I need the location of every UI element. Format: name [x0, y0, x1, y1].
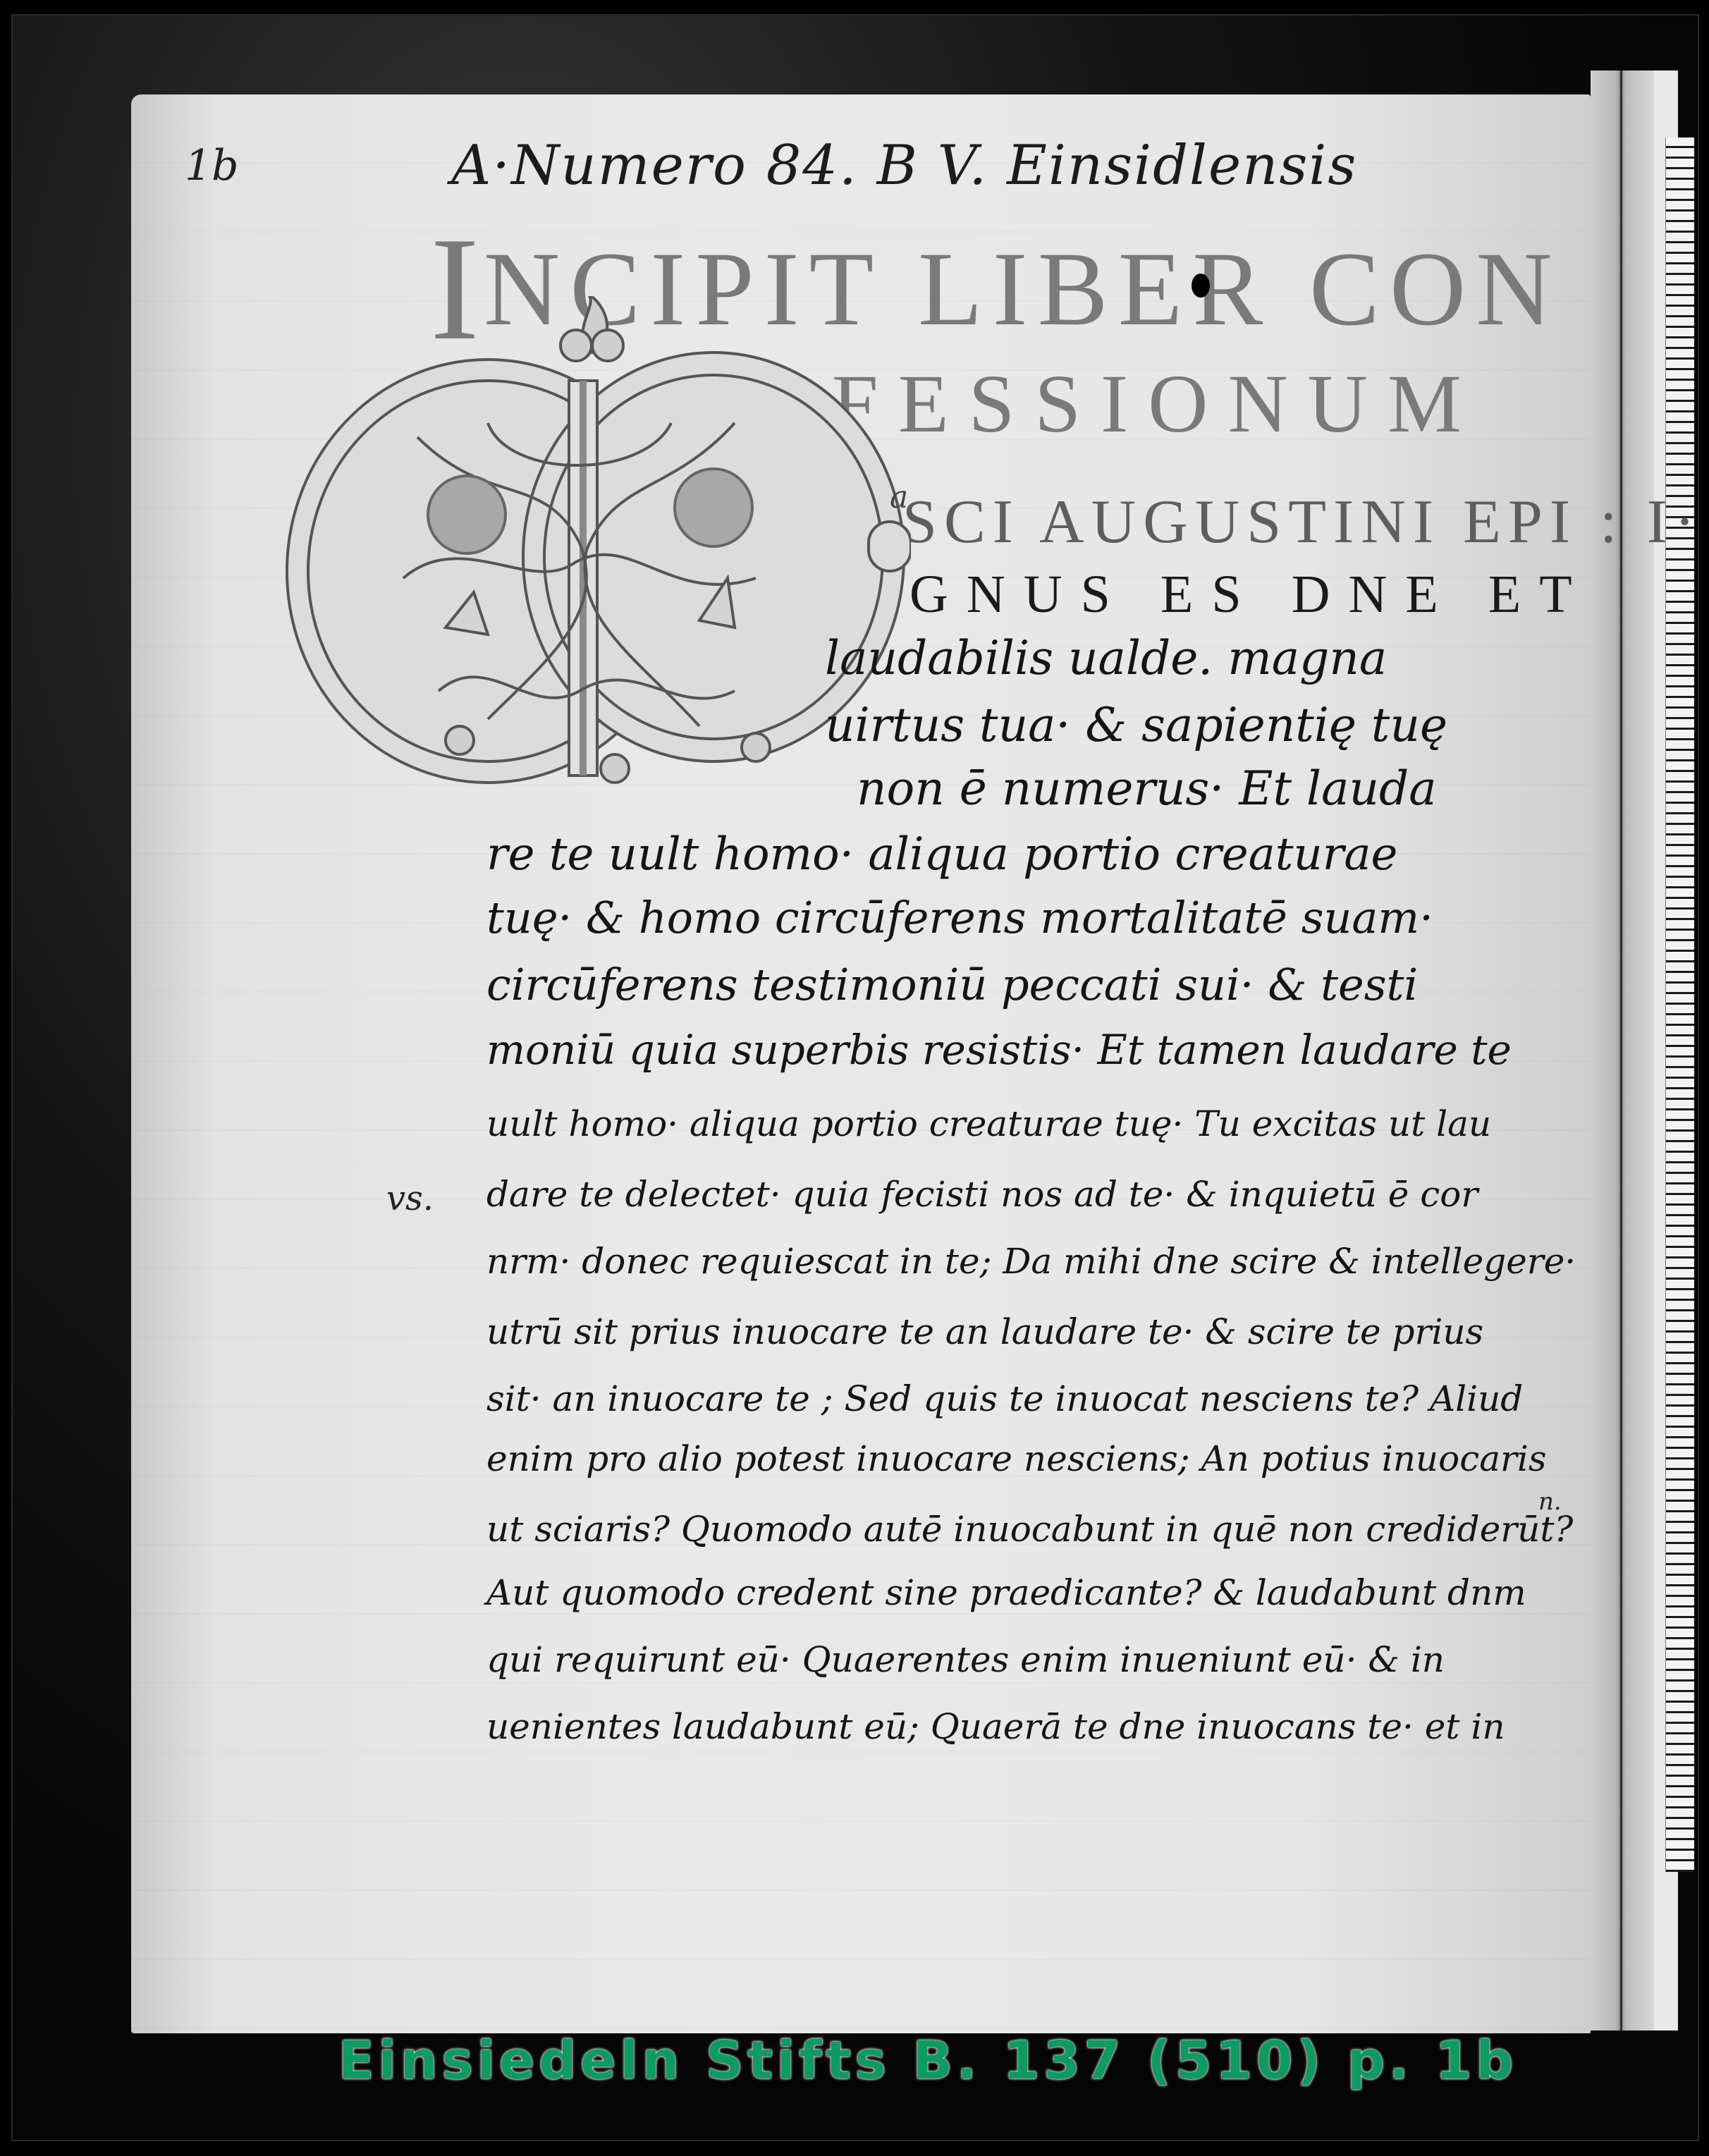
svg-text:a: a — [890, 479, 908, 515]
text-line: uult homo· aliqua portio creaturae tuę· … — [486, 1103, 1491, 1144]
decorated-initial-m-icon: a — [276, 296, 911, 818]
text-line: GNUS ES DNE ET — [909, 564, 1591, 625]
text-line: uenientes laudabunt eū; Quaerā te dne in… — [486, 1706, 1505, 1747]
title-rubric-line-2: FESSIONUM — [832, 356, 1481, 452]
text-line: ut sciaris? Quomodo autē inuocabunt in q… — [486, 1509, 1573, 1550]
text-line: utrū sit prius inuocare te an laudare te… — [486, 1311, 1483, 1352]
title-rubric-line-3: SCI AUGUSTINI EPI : I· — [902, 486, 1702, 558]
text-line: Aut quomodo credent sine praedicante? & … — [486, 1572, 1526, 1613]
shelfmark-note: A·Numero 84. B V. Einsidlensis — [451, 134, 1357, 197]
text-line: sit· an inuocare te ; Sed quis te inuoca… — [486, 1378, 1523, 1419]
left-margin-note: vs. — [386, 1179, 434, 1218]
text-line: tuę· & homo circūferens mortalitatē suam… — [486, 892, 1433, 943]
archive-label: Einsiedeln Stifts B. 137 (510) p. 1b — [338, 2031, 1517, 2091]
text-line: dare te delectet· quia fecisti nos ad te… — [486, 1174, 1478, 1215]
ink-hole — [1192, 274, 1210, 298]
text-line: nrm· donec requiescat in te; Da mihi dne… — [486, 1241, 1576, 1282]
right-margin-note: n. — [1538, 1488, 1562, 1516]
text-line: circūferens testimoniū peccati sui· & te… — [486, 959, 1418, 1010]
text-line: re te uult homo· aliqua portio creaturae — [486, 828, 1397, 881]
text-line: qui requirunt eū· Quaerentes enim inueni… — [486, 1639, 1445, 1680]
text-line: enim pro alio potest inuocare nesciens; … — [486, 1438, 1547, 1479]
scale-ruler — [1665, 137, 1694, 1872]
text-line: uirtus tua· & sapientię tuę — [825, 698, 1447, 752]
text-line: moniū quia superbis resistis· Et tamen l… — [486, 1026, 1512, 1074]
binding-gutter — [1591, 71, 1654, 2031]
folio-number: 1b — [185, 141, 239, 190]
text-line: non ē numerus· Et lauda — [857, 761, 1437, 816]
text-line: laudabilis ualde. magna — [825, 631, 1387, 685]
